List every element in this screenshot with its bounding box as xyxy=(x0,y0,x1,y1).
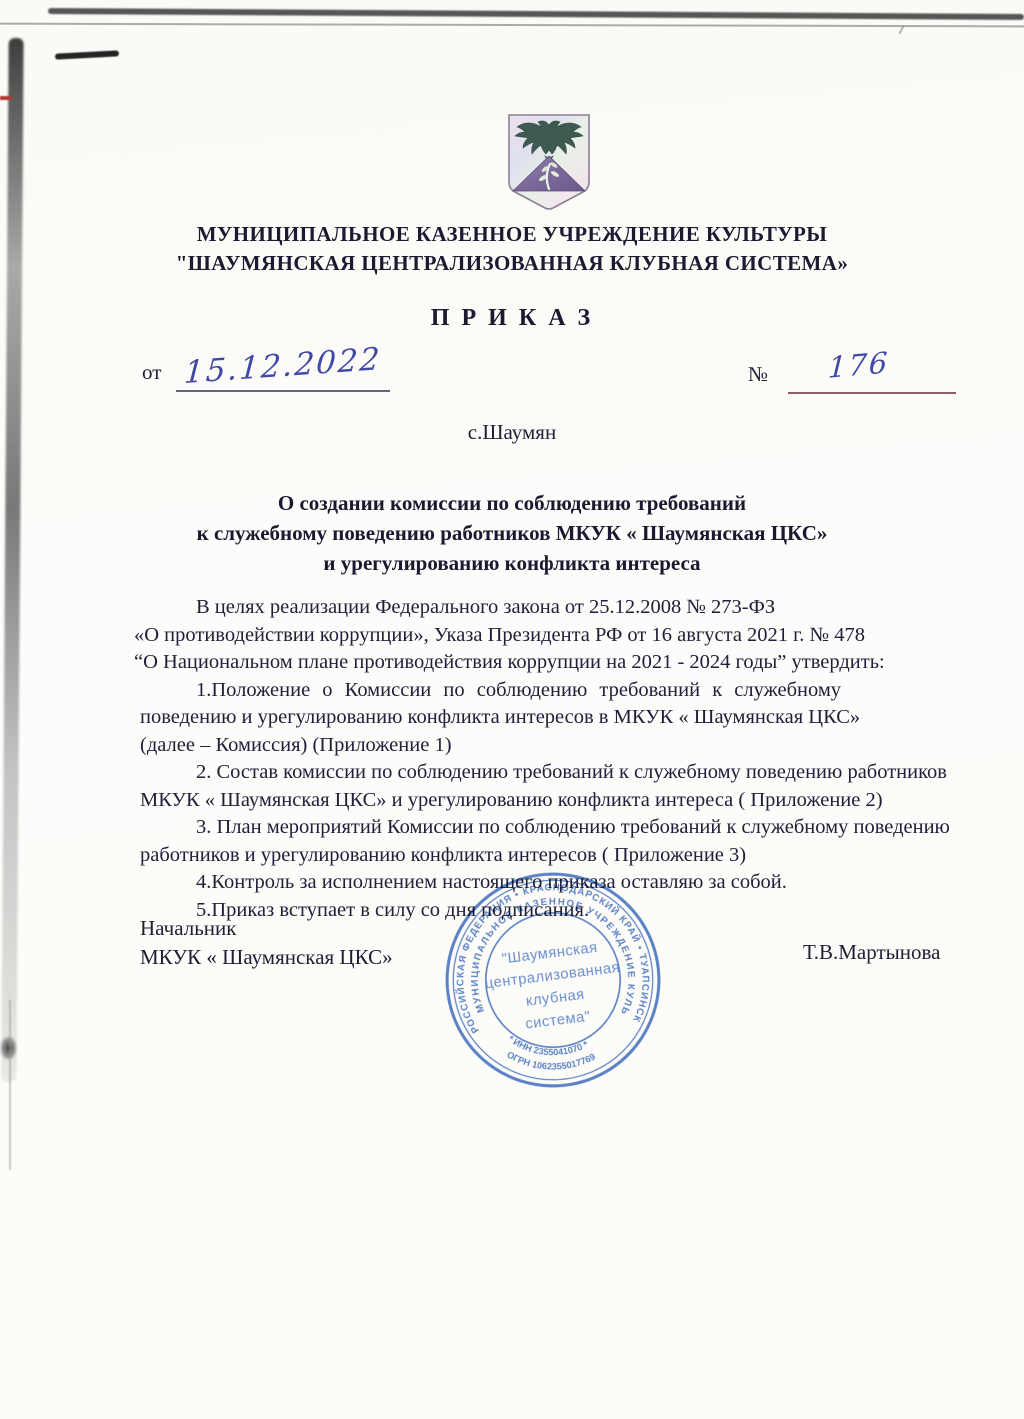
date-underline xyxy=(176,390,390,392)
scan-speck xyxy=(898,25,910,37)
handwritten-number: 176 xyxy=(827,345,890,385)
scan-edge-top-line xyxy=(48,8,1024,20)
official-round-stamp: РОССИЙСКАЯ ФЕДЕРАЦИЯ • КРАСНОДАРСКИЙ КРА… xyxy=(428,855,678,1105)
body-line: 3. План мероприятий Комиссии по соблюден… xyxy=(140,814,958,842)
number-label: № xyxy=(748,362,768,387)
date-label: от xyxy=(142,360,161,385)
organization-name: МУНИЦИПАЛЬНОЕ КАЗЕННОЕ УЧРЕЖДЕНИЕ КУЛЬТУ… xyxy=(0,220,1024,278)
red-edge-mark xyxy=(0,96,12,100)
handwritten-date: 15.12.2022 xyxy=(183,341,383,391)
pen-dash-mark xyxy=(55,50,119,59)
org-line-1: МУНИЦИПАЛЬНОЕ КАЗЕННОЕ УЧРЕЖДЕНИЕ КУЛЬТУ… xyxy=(0,220,1024,249)
scan-edge-thread xyxy=(9,1000,11,1170)
position-line-2: МКУК « Шаумянская ЦКС» xyxy=(140,943,393,972)
place-name: с.Шаумян xyxy=(0,420,1024,445)
stamp-center-line-4: система" xyxy=(525,1009,592,1033)
body-line: МКУК « Шаумянская ЦКС» и урегулированию … xyxy=(140,787,958,815)
body-line: 1.Положение о Комиссии по соблюдению тре… xyxy=(140,677,958,705)
body-line: поведению и урегулированию конфликта инт… xyxy=(140,704,958,732)
scan-edge-top-thin-line xyxy=(0,23,1024,28)
coat-of-arms-icon xyxy=(503,112,595,212)
stamp-center-line-3: клубная xyxy=(525,987,586,1010)
body-line: (далее – Комиссия) (Приложение 1) xyxy=(140,732,958,760)
number-underline xyxy=(788,392,956,394)
body-line: “О Национальном плане противодействия ко… xyxy=(134,649,958,677)
body-line: «О противодействии коррупции», Указа Пре… xyxy=(134,622,958,650)
body-line: 2. Состав комиссии по соблюдению требова… xyxy=(140,759,958,787)
subject-line-1: О создании комиссии по соблюдению требов… xyxy=(0,488,1024,518)
org-line-2: "ШАУМЯНСКАЯ ЦЕНТРАЛИЗОВАННАЯ КЛУБНАЯ СИС… xyxy=(0,249,1024,278)
order-subject: О создании комиссии по соблюдению требов… xyxy=(0,488,1024,578)
signatory-position: Начальник МКУК « Шаумянская ЦКС» xyxy=(140,914,393,972)
subject-line-3: и урегулированию конфликта интереса xyxy=(0,548,1024,578)
body-line: работников и урегулированию конфликта ин… xyxy=(140,842,958,870)
position-line-1: Начальник xyxy=(140,914,393,943)
scanned-order-page: { "letterhead": { "org_line1": "МУНИЦИПА… xyxy=(0,0,1024,1419)
body-line: В целях реализации Федерального закона о… xyxy=(140,594,958,622)
subject-line-2: к служебному поведению работников МКУК «… xyxy=(0,518,1024,548)
signatory-name: Т.В.Мартынова xyxy=(803,940,940,965)
document-type-title: П Р И К А З xyxy=(0,305,1024,332)
